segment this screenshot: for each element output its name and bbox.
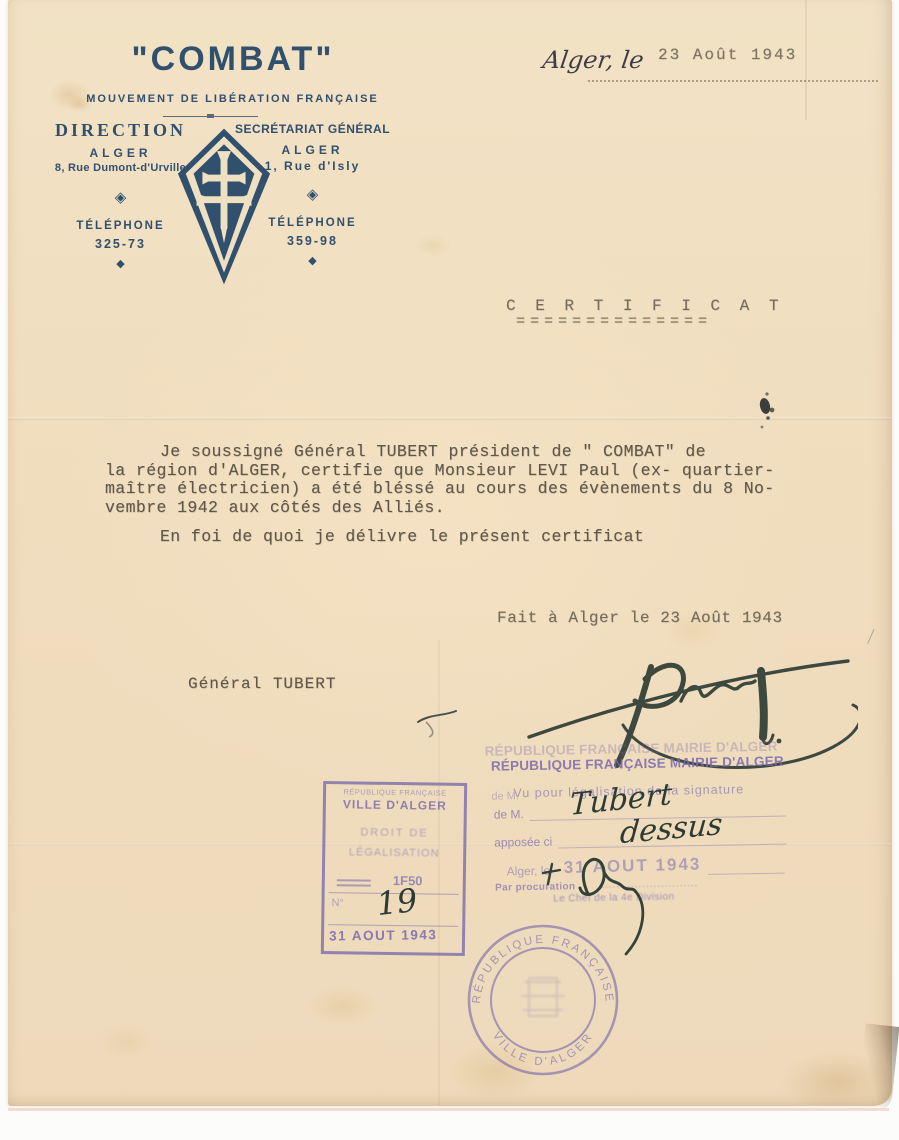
- fold-crease-vertical: [805, 0, 807, 120]
- org-subtitle: MOUVEMENT DE LIBÉRATION FRANÇAISE: [70, 93, 395, 105]
- body-line: Je soussigné Général TUBERT président de…: [105, 443, 821, 462]
- place-and-date: Fait à Alger le 23 Août 1943: [497, 609, 783, 627]
- body-line: la région d'ALGER, certifie que Monsieur…: [105, 462, 821, 481]
- fee-stamp-ville: VILLE D'ALGER: [326, 797, 464, 813]
- round-city-stamp: RÉPUBLIQUE FRANÇAISE VILLE D'ALGER: [463, 920, 623, 1080]
- fee-number-label: N°: [331, 897, 344, 909]
- fee-stamp-legalisation: LÉGALISATION: [325, 846, 463, 860]
- fee-stamp-dashes: [337, 876, 371, 886]
- fee-stamp-republique: RÉPUBLIQUE FRANÇAISE: [326, 787, 464, 798]
- handwritten-number: 19: [375, 881, 420, 923]
- pencil-mark: [867, 629, 882, 647]
- fee-stamp-droit: DROIT DE: [325, 826, 463, 840]
- letterhead-divider: [163, 116, 258, 117]
- corner-curl-shadow: [857, 1023, 899, 1112]
- certificate-body: Je soussigné Général TUBERT président de…: [105, 443, 821, 517]
- fee-stamp: RÉPUBLIQUE FRANÇAISE VILLE D'ALGER DROIT…: [321, 781, 467, 956]
- signatory-name: Général TUBERT: [188, 675, 336, 693]
- ink-scratch-mark: [414, 706, 460, 742]
- body-line: maître électricien) a été bléssé au cour…: [105, 480, 821, 499]
- scanned-certificate-page: "COMBAT" MOUVEMENT DE LIBÉRATION FRANÇAI…: [0, 0, 899, 1140]
- certificate-title-underline: ==============: [516, 313, 712, 330]
- ink-blot: [752, 388, 782, 430]
- stamp-de-m-label: de M.: [494, 807, 524, 822]
- closing-sentence: En foi de quoi je délivre le présent cer…: [160, 527, 644, 546]
- scan-edge-artifact: [8, 1108, 889, 1111]
- cross-of-lorraine-emblem-icon: [175, 126, 273, 287]
- body-line: vembre 1942 aux côtés des Alliés.: [105, 499, 821, 518]
- fee-stamp-date: 31 AOUT 1943: [329, 927, 437, 943]
- org-title: "COMBAT": [98, 40, 368, 79]
- dateline-dotted-rule: [588, 62, 878, 82]
- stamp-fill-line: [708, 859, 785, 875]
- paper-sheet: "COMBAT" MOUVEMENT DE LIBÉRATION FRANÇAI…: [8, 0, 892, 1106]
